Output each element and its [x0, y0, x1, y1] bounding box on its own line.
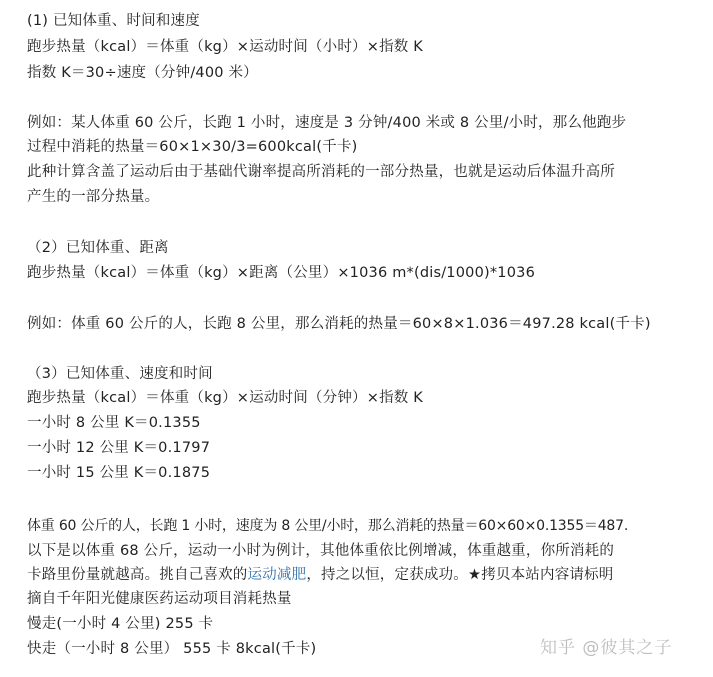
section1-example-line1: 例如：某人体重 60 公斤，长跑 1 小时，速度是 3 分钟/400 米或 8 … — [27, 111, 626, 135]
footer-line3-after: ，持之以恒，定获成功。★拷贝本站内容请标明 — [306, 567, 613, 583]
section1-heading: (1) 已知体重、时间和速度 — [27, 9, 200, 33]
section3-formula: 跑步热量（kcal）＝体重（kg）×运动时间（分钟）×指数 K — [27, 386, 423, 410]
section1-example-line2: 过程中消耗的热量＝60×1×30/3=600kcal(千卡) — [27, 135, 357, 159]
section2-example: 例如：体重 60 公斤的人，长跑 8 公里，那么消耗的热量＝60×8×1.036… — [27, 312, 651, 336]
footer-line2: 以下是以体重 68 公斤，运动一小时为例计，其他体重依比例增减，体重越重，你所消… — [27, 539, 614, 563]
footer-line1: 体重 60 公斤的人，长跑 1 小时，速度为 8 公里/小时，那么消耗的热量＝6… — [27, 514, 628, 538]
footer-line3: 卡路里份量就越高。挑自己喜欢的运动减肥，持之以恒，定获成功。★拷贝本站内容请标明 — [27, 563, 614, 587]
footer-line5: 慢走(一小时 4 公里) 255 卡 — [27, 612, 213, 636]
zhihu-watermark: 知乎 @彼其之子 — [540, 633, 672, 658]
k-value-row: 一小时 12 公里 K＝0.1797 — [27, 436, 210, 460]
footer-line3-before: 卡路里份量就越高。挑自己喜欢的 — [27, 567, 248, 583]
footer-line6: 快走（一小时 8 公里） 555 卡 8kcal(千卡) — [27, 637, 316, 661]
k-value-row: 一小时 8 公里 K＝0.1355 — [27, 411, 201, 435]
section2-heading: （2）已知体重、距离 — [27, 236, 169, 260]
section3-heading: （3）已知体重、速度和时间 — [27, 362, 213, 386]
section1-formula: 跑步热量（kcal）＝体重（kg）×运动时间（小时）×指数 K — [27, 35, 423, 59]
section1-note-line2: 产生的一部分热量。 — [27, 185, 159, 209]
section2-formula: 跑步热量（kcal）＝体重（kg）×距离（公里）×1036 m*(dis/100… — [27, 261, 535, 285]
section1-index-formula: 指数 K＝30÷速度（分钟/400 米） — [27, 61, 258, 85]
k-value-row: 一小时 15 公里 K＝0.1875 — [27, 461, 210, 485]
footer-line4: 摘自千年阳光健康医药运动项目消耗热量 — [27, 587, 292, 611]
exercise-weight-loss-link[interactable]: 运动减肥 — [248, 567, 307, 583]
section1-note-line1: 此种计算含盖了运动后由于基础代谢率提高所消耗的一部分热量，也就是运动后体温升高所 — [27, 160, 615, 184]
